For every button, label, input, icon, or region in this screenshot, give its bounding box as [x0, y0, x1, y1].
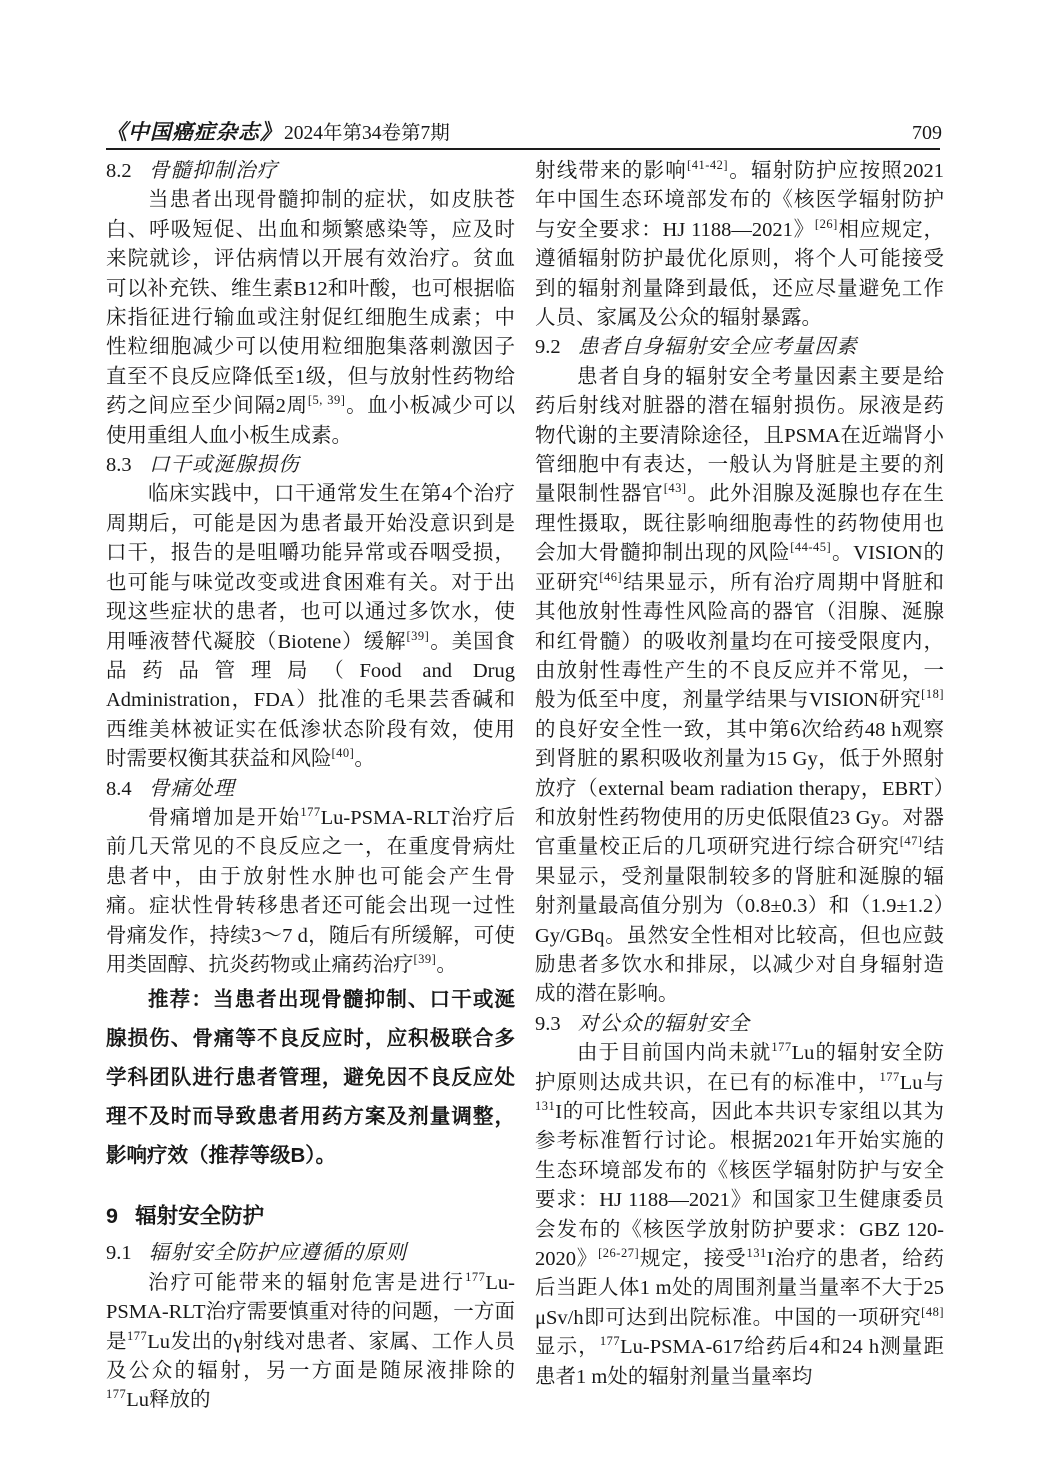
citation-superscript: [47] [900, 835, 923, 849]
heading-title: 辐射安全防护 [135, 1204, 264, 1228]
citation-superscript: 177 [465, 1270, 485, 1284]
body-paragraph: 由于目前国内尚未就177Lu的辐射安全防护原则达成共识，在已有的标准中，177L… [535, 1039, 944, 1392]
citation-superscript: [39] [414, 952, 437, 966]
heading-title: 患者自身辐射安全应考量因素 [578, 336, 858, 358]
recommendation-paragraph: 推荐：当患者出现骨髓抑制、口干或涎腺损伤、骨痛等不良反应时，应积极联合多学科团队… [106, 980, 515, 1175]
citation-superscript: 177 [600, 1334, 620, 1348]
citation-superscript: 177 [106, 1388, 126, 1402]
article-body: 8.2骨髓抑制治疗当患者出现骨髓抑制的症状，如皮肤苍白、呼吸短促、出血和频繁感染… [106, 157, 944, 1416]
subsection-heading: 8.3口干或涎腺损伤 [106, 451, 515, 480]
heading-number: 8.2 [106, 160, 132, 182]
subsection-heading: 8.2骨髓抑制治疗 [106, 157, 515, 186]
citation-superscript: [46] [599, 570, 622, 584]
citation-superscript: [43] [664, 482, 687, 496]
body-paragraph: 临床实践中，口干通常发生在第4个治疗周期后，可能是因为患者最开始没意识到是口干，… [106, 480, 515, 774]
heading-number: 9.3 [535, 1013, 561, 1035]
body-paragraph: 当患者出现骨髓抑制的症状，如皮肤苍白、呼吸短促、出血和频繁感染等，应及时来院就诊… [106, 186, 515, 451]
citation-superscript: [26] [815, 217, 838, 231]
journal-page: { "header": { "journal_title": "《中国癌症杂志》… [0, 0, 1050, 1473]
heading-title: 口干或涎腺损伤 [149, 454, 300, 476]
citation-superscript: [26-27] [598, 1246, 639, 1260]
column-right: 射线带来的影响[41-42]。辐射防护应按照2021年中国生态环境部发布的《核医… [535, 157, 944, 1416]
page-number: 709 [912, 122, 942, 145]
heading-title: 骨痛处理 [149, 778, 235, 800]
subsection-heading: 8.4骨痛处理 [106, 775, 515, 804]
citation-superscript: [44-45] [790, 540, 831, 554]
heading-title: 辐射安全防护应遵循的原则 [149, 1242, 407, 1264]
citation-superscript: [39] [406, 629, 429, 643]
page-header: 《中国癌症杂志》2024年第34卷第7期 709 [106, 116, 942, 146]
heading-number: 8.3 [106, 454, 132, 476]
body-paragraph: 患者自身的辐射安全考量因素主要是给药后射线对脏器的潜在辐射损伤。尿液是药物代谢的… [535, 363, 944, 1010]
journal-issue-line: 《中国癌症杂志》2024年第34卷第7期 [106, 116, 450, 146]
header-rule [106, 148, 940, 150]
citation-superscript: [40] [332, 746, 355, 760]
citation-superscript: [18] [921, 687, 944, 701]
heading-title: 骨髓抑制治疗 [149, 160, 278, 182]
citation-superscript: 177 [127, 1329, 147, 1343]
citation-superscript: 131 [535, 1099, 555, 1113]
body-paragraph: 治疗可能带来的辐射危害是进行177Lu-PSMA-RLT治疗需要慎重对待的问题，… [106, 1269, 515, 1416]
subsection-heading: 9.1辐射安全防护应遵循的原则 [106, 1239, 515, 1268]
citation-superscript: [48] [921, 1305, 944, 1319]
heading-number: 9.2 [535, 336, 561, 358]
citation-superscript: [5, 39] [308, 393, 346, 407]
citation-superscript: [41-42] [687, 158, 728, 172]
body-paragraph: 骨痛增加是开始177Lu-PSMA-RLT治疗后前几天常见的不良反应之一，在重度… [106, 804, 515, 980]
heading-number: 9.1 [106, 1242, 132, 1264]
subsection-heading: 9.3对公众的辐射安全 [535, 1010, 944, 1039]
body-paragraph: 射线带来的影响[41-42]。辐射防护应按照2021年中国生态环境部发布的《核医… [535, 157, 944, 333]
heading-number: 9 [106, 1204, 118, 1228]
journal-title: 《中国癌症杂志》 [106, 120, 282, 144]
citation-superscript: 131 [746, 1246, 766, 1260]
heading-number: 8.4 [106, 778, 132, 800]
citation-superscript: 177 [300, 805, 320, 819]
citation-superscript: 177 [879, 1070, 899, 1084]
heading-title: 对公众的辐射安全 [578, 1013, 750, 1035]
column-left: 8.2骨髓抑制治疗当患者出现骨髓抑制的症状，如皮肤苍白、呼吸短促、出血和频繁感染… [106, 157, 515, 1416]
subsection-heading: 9.2患者自身辐射安全应考量因素 [535, 333, 944, 362]
citation-superscript: 177 [771, 1040, 791, 1054]
issue-info: 2024年第34卷第7期 [284, 123, 450, 144]
section-heading: 9辐射安全防护 [106, 1201, 515, 1231]
